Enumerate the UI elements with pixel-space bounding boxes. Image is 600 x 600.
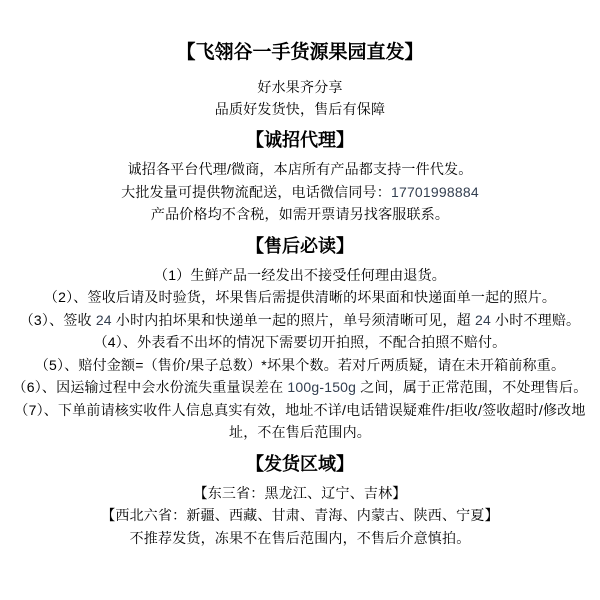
text-segment: （4）、外表看不出坏的情况下需要切开拍照，不配合拍照不赔付。 <box>94 334 507 350</box>
aftersale-items: （1）生鲜产品一经发出不接受任何理由退货。（2）、签收后请及时验货，坏果售后需提… <box>0 264 600 444</box>
agency-heading: 【诚招代理】 <box>0 127 600 153</box>
product-notice-document: 【飞翎谷一手货源果园直发】 好水果齐分享品质好发货快，售后有保障 【诚招代理】 … <box>0 0 600 600</box>
intro-line: 好水果齐分享 <box>0 76 600 98</box>
aftersale-heading: 【售后必读】 <box>0 233 600 259</box>
text-segment: 【东三省：黑龙江、辽宁、吉林】 <box>194 485 407 501</box>
shipping-heading: 【发货区域】 <box>0 451 600 477</box>
text-segment: 大批发量可提供物流配送，电话微信同号： <box>121 184 391 200</box>
agency-line: 诚招各平台代理/微商，本店所有产品都支持一件代发。 <box>0 158 600 181</box>
text-segment: 诚招各平台代理/微商，本店所有产品都支持一件代发。 <box>128 161 473 177</box>
text-segment: （2）、签收后请及时验货，坏果售后需提供清晰的坏果面和快递面单一起的照片。 <box>44 289 556 305</box>
text-segment: （3）、签收 <box>20 312 96 328</box>
aftersale-item: （4）、外表看不出坏的情况下需要切开拍照，不配合拍照不赔付。 <box>0 331 600 354</box>
section-aftersale: 【售后必读】 （1）生鲜产品一经发出不接受任何理由退货。（2）、签收后请及时验货… <box>0 233 600 444</box>
text-segment: 小时不理赔。 <box>491 312 580 328</box>
agency-line: 产品价格均不含税，如需开票请另找客服联系。 <box>0 203 600 226</box>
aftersale-item: （3）、签收 24 小时内拍坏果和快递单一起的照片，单号须清晰可见，超 24 小… <box>0 309 600 332</box>
aftersale-item: （1）生鲜产品一经发出不接受任何理由退货。 <box>0 264 600 287</box>
aftersale-item: （2）、签收后请及时验货，坏果售后需提供清晰的坏果面和快递面单一起的照片。 <box>0 286 600 309</box>
shipping-line: 【东三省：黑龙江、辽宁、吉林】 <box>0 482 600 505</box>
text-segment: 品质好发货快，售后有保障 <box>215 101 385 117</box>
text-segment: （1）生鲜产品一经发出不接受任何理由退货。 <box>154 267 446 283</box>
text-segment: （5）、赔付金额=（售价/果子总数）*坏果个数。若对斤两质疑，请在未开箱前称重。 <box>35 357 565 373</box>
text-segment: 不推荐发货，冻果不在售后范围内，不售后介意慎拍。 <box>130 530 471 546</box>
text-segment: 产品价格均不含税，如需开票请另找客服联系。 <box>151 206 449 222</box>
section-agency: 【诚招代理】 诚招各平台代理/微商，本店所有产品都支持一件代发。大批发量可提供物… <box>0 127 600 226</box>
aftersale-item: （7）、下单前请核实收件人信息真实有效，地址不详/电话错误疑难件/拒收/签收超时… <box>0 399 600 444</box>
number-text: 24 <box>475 312 491 328</box>
shipping-lines: 【东三省：黑龙江、辽宁、吉林】【西北六省：新疆、西藏、甘肃、青海、内蒙古、陕西、… <box>0 482 600 550</box>
agency-line: 大批发量可提供物流配送，电话微信同号：17701998884 <box>0 181 600 204</box>
text-segment: 好水果齐分享 <box>257 79 342 95</box>
text-segment: （7）、下单前请核实收件人信息真实有效，地址不详/电话错误疑难件/拒收/签收超时… <box>14 402 585 441</box>
text-segment: 小时内拍坏果和快递单一起的照片，单号须清晰可见，超 <box>112 312 475 328</box>
section-shipping: 【发货区域】 【东三省：黑龙江、辽宁、吉林】【西北六省：新疆、西藏、甘肃、青海、… <box>0 451 600 550</box>
agency-lines: 诚招各平台代理/微商，本店所有产品都支持一件代发。大批发量可提供物流配送，电话微… <box>0 158 600 226</box>
intro-lines: 好水果齐分享品质好发货快，售后有保障 <box>0 76 600 120</box>
shipping-line: 不推荐发货，冻果不在售后范围内，不售后介意慎拍。 <box>0 527 600 550</box>
text-segment: 之间，属于正常范围，不处理售后。 <box>356 379 587 395</box>
text-segment: （6）、因运输过程中会水份流失重量误差在 <box>13 379 288 395</box>
page-title: 【飞翎谷一手货源果园直发】 <box>0 40 600 66</box>
number-text: 17701998884 <box>391 184 479 200</box>
intro-line: 品质好发货快，售后有保障 <box>0 98 600 120</box>
text-segment: 【西北六省：新疆、西藏、甘肃、青海、内蒙古、陕西、宁夏】 <box>101 507 499 523</box>
number-text: 100g-150g <box>287 379 356 395</box>
number-text: 24 <box>96 312 112 328</box>
aftersale-item: （6）、因运输过程中会水份流失重量误差在 100g-150g 之间，属于正常范围… <box>0 376 600 399</box>
shipping-line: 【西北六省：新疆、西藏、甘肃、青海、内蒙古、陕西、宁夏】 <box>0 504 600 527</box>
aftersale-item: （5）、赔付金额=（售价/果子总数）*坏果个数。若对斤两质疑，请在未开箱前称重。 <box>0 354 600 377</box>
